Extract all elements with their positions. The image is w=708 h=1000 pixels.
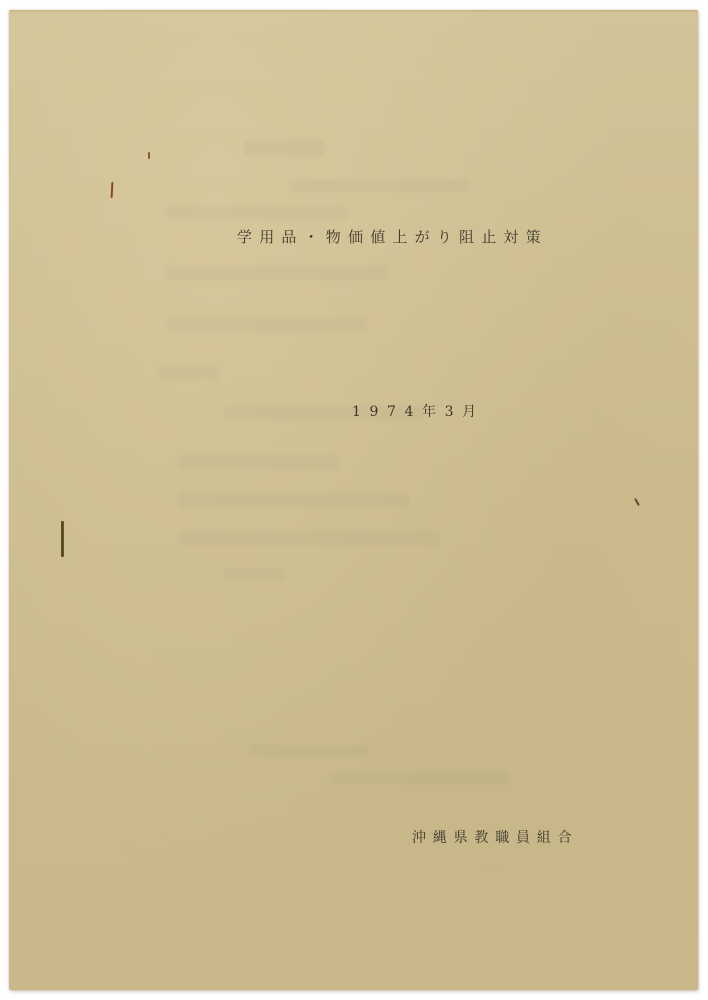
document-date: 1974年3月	[352, 401, 485, 421]
bleed-through-smudge	[167, 266, 387, 280]
document-title: 学用品・物価値上がり阻止対策	[237, 226, 548, 247]
rust-mark	[148, 152, 150, 159]
bleed-through-smudge	[179, 531, 439, 545]
rust-mark	[111, 182, 114, 198]
bleed-through-smudge	[179, 455, 339, 469]
issuing-organization: 沖縄県教職員組合	[412, 827, 578, 847]
staple-mark	[61, 521, 64, 557]
bleed-through-smudge	[244, 140, 324, 156]
bleed-through-smudge	[159, 367, 219, 379]
bleed-through-smudge	[179, 493, 409, 507]
document-page: 学用品・物価値上がり阻止対策 1974年3月 沖縄県教職員組合	[9, 10, 698, 990]
bleed-through-smudge	[249, 745, 369, 757]
bleed-through-smudge	[224, 568, 284, 580]
bleed-through-smudge	[329, 772, 509, 784]
bleed-through-smudge	[289, 180, 469, 192]
paper-speck	[634, 498, 640, 506]
bleed-through-smudge	[167, 318, 367, 332]
bleed-through-smudge	[167, 206, 347, 220]
